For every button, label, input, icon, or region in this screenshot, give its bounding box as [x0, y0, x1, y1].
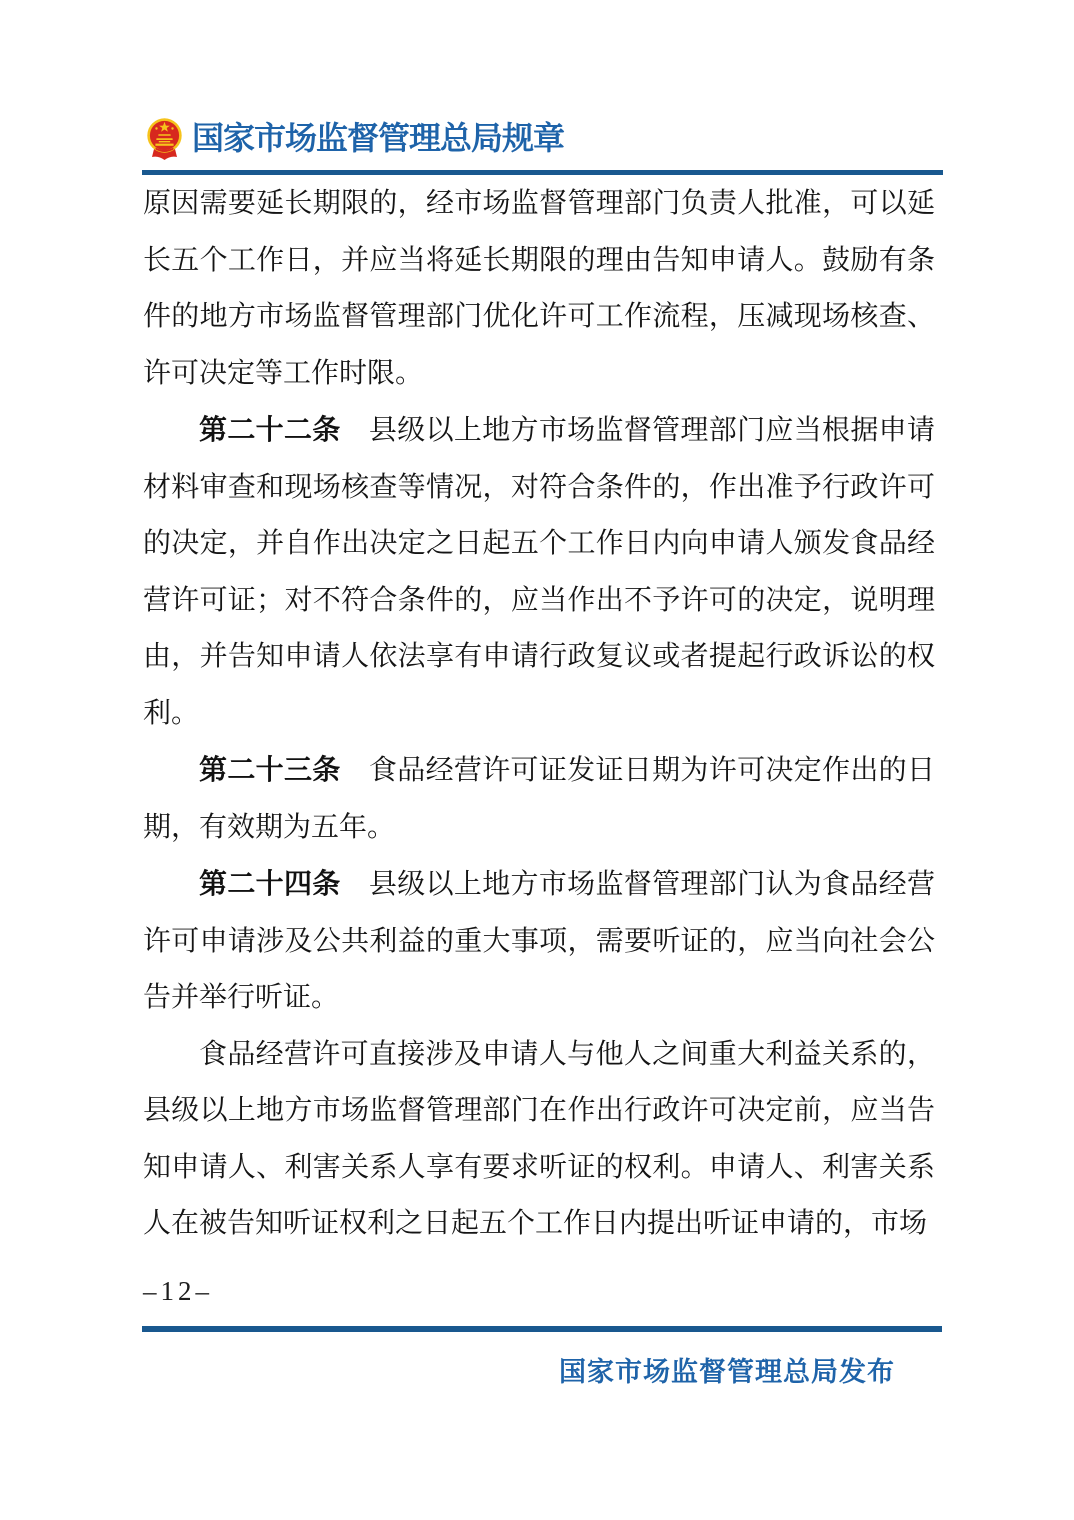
- article-number: 第二十二条: [199, 414, 341, 445]
- document-body: 原因需要延长期限的，经市场监督管理部门负责人批准，可以延长五个工作日，并应当将延…: [143, 176, 935, 1253]
- paragraph: 第二十四条 县级以上地方市场监督管理部门认为食品经营许可申请涉及公共利益的重大事…: [143, 856, 935, 1027]
- paragraph: 第二十三条 食品经营许可证发证日期为许可决定作出的日期，有效期为五年。: [143, 742, 935, 856]
- paragraph: 原因需要延长期限的，经市场监督管理部门负责人批准，可以延长五个工作日，并应当将延…: [143, 176, 935, 402]
- document-page: 国家市场监督管理总局规章 原因需要延长期限的，经市场监督管理部门负责人批准，可以…: [0, 0, 1074, 1520]
- national-emblem-icon: [146, 116, 183, 161]
- article-number: 第二十三条: [199, 754, 341, 785]
- paragraph: 第二十二条 县级以上地方市场监督管理部门应当根据申请材料审查和现场核查等情况，对…: [143, 402, 935, 742]
- paragraph-text: 原因需要延长期限的，经市场监督管理部门负责人批准，可以延长五个工作日，并应当将延…: [143, 188, 935, 389]
- paragraph: 食品经营许可直接涉及申请人与他人之间重大利益关系的，县级以上地方市场监督管理部门…: [143, 1027, 935, 1253]
- footer-divider: [142, 1326, 942, 1332]
- paragraph-text: 县级以上地方市场监督管理部门应当根据申请材料审查和现场核查等情况，对符合条件的，…: [143, 415, 935, 729]
- page-number: –12–: [143, 1276, 213, 1307]
- document-header: 国家市场监督管理总局规章: [146, 116, 564, 161]
- paragraph-text: 食品经营许可直接涉及申请人与他人之间重大利益关系的，县级以上地方市场监督管理部门…: [143, 1039, 935, 1240]
- header-title: 国家市场监督管理总局规章: [192, 116, 564, 161]
- article-number: 第二十四条: [199, 868, 341, 899]
- publisher-line: 国家市场监督管理总局发布: [0, 1350, 895, 1389]
- header-divider: [142, 170, 943, 175]
